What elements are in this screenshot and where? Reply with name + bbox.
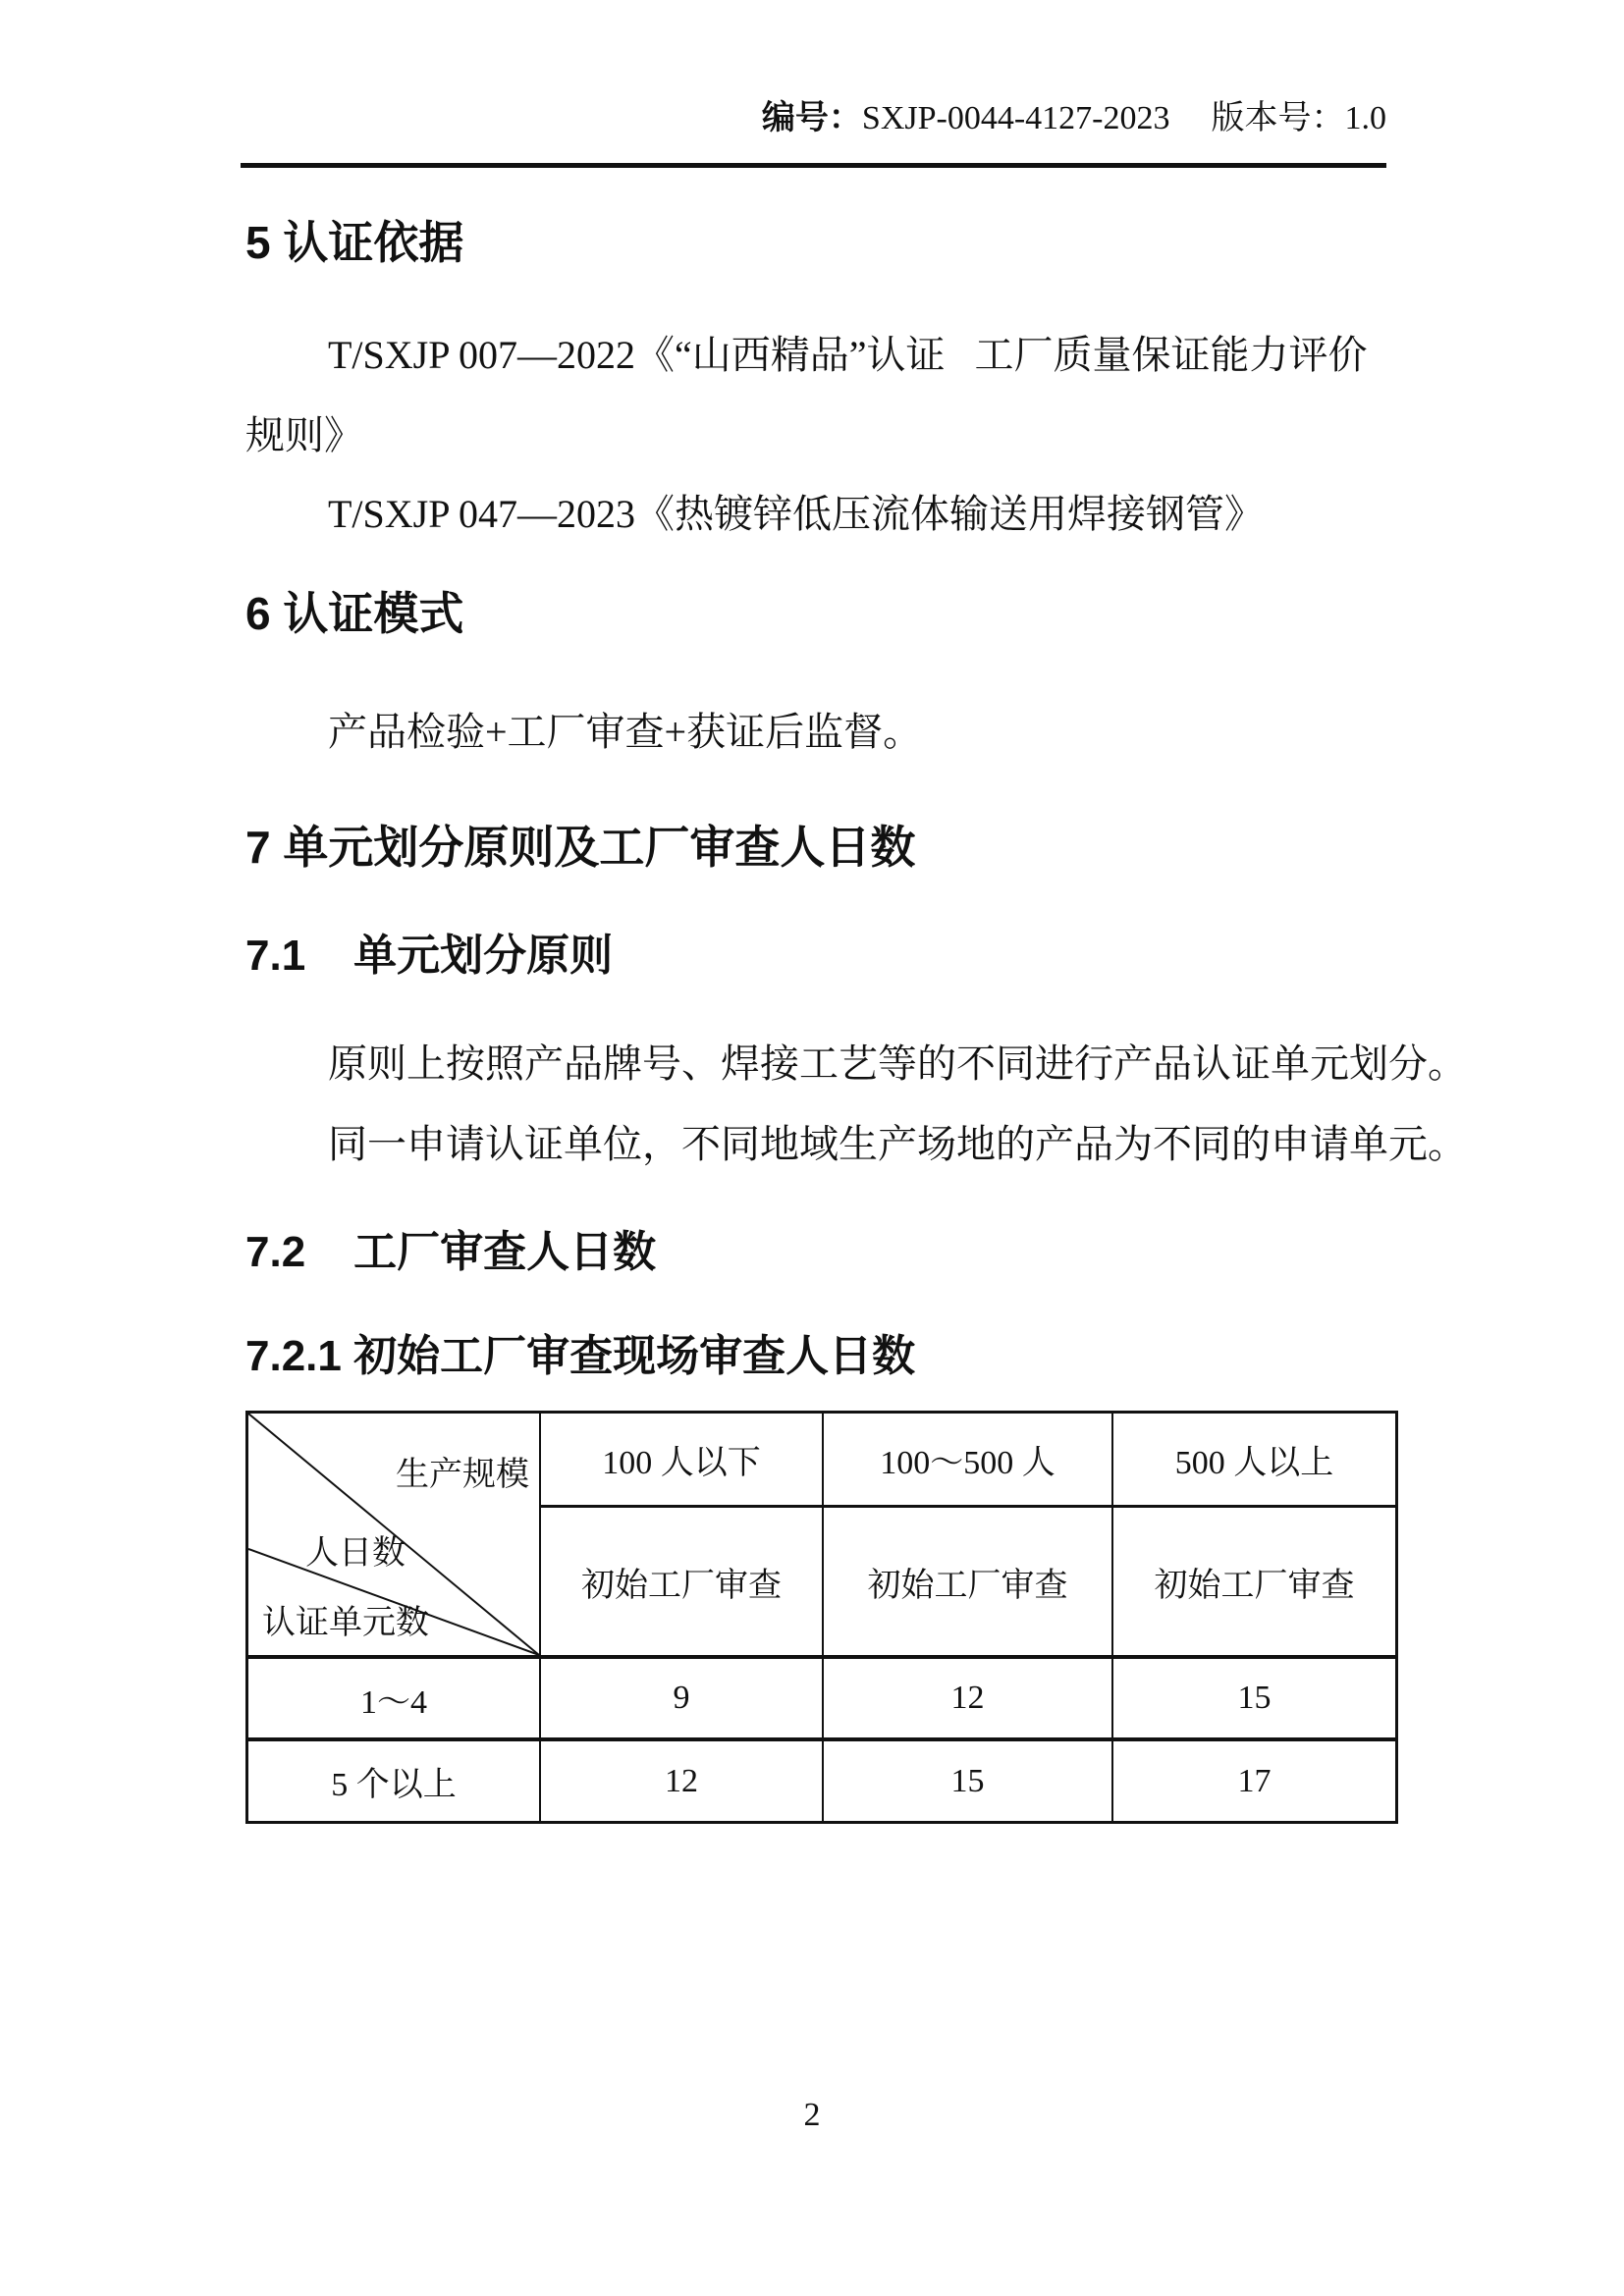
document-header: 编号：SXJP-0044-4127-2023版本号：1.0 — [245, 90, 1386, 138]
column-header-over-500: 500 人以上 — [1111, 1414, 1395, 1505]
section-6-body: 产品检验+工厂审查+获证后监督。 — [328, 709, 922, 756]
table-value: 12 — [539, 1737, 822, 1821]
section-7-1-line-1: 原则上按照产品牌号、焊接工艺等的不同进行产品认证单元划分。 — [328, 1041, 1467, 1088]
section-5-line-3: T/SXJP 047—2023《热镀锌低压流体输送用焊接钢管》 — [328, 491, 1264, 538]
corner-label-person-days: 人日数 — [305, 1525, 406, 1574]
section-7-2-1-heading: 7.2.1 初始工厂审查现场审查人日数 — [245, 1333, 915, 1380]
table-value: 15 — [822, 1737, 1111, 1821]
column-header-100-500: 100～500 人 — [822, 1414, 1111, 1505]
corner-label-production-scale: 生产规模 — [396, 1447, 529, 1495]
section-7-2-heading: 7.2 工厂审查人日数 — [245, 1229, 656, 1276]
header-divider — [241, 163, 1386, 168]
page-number: 2 — [0, 2097, 1624, 2134]
audit-person-days-table: 生产规模 人日数 认证单元数 100 人以下 100～500 人 500 人以上… — [245, 1411, 1398, 1824]
row-label-5-plus: 5 个以上 — [248, 1737, 539, 1821]
section-5-heading: 5 认证依据 — [245, 218, 463, 268]
column-header-under-100: 100 人以下 — [539, 1414, 822, 1505]
table-corner-cell: 生产规模 人日数 认证单元数 — [248, 1414, 539, 1655]
sub-header-initial-audit-3: 初始工厂审查 — [1111, 1505, 1395, 1655]
document-page: 编号：SXJP-0044-4127-2023版本号：1.0 5 认证依据 T/S… — [0, 0, 1624, 2296]
doc-number-label: 编号： — [762, 100, 862, 136]
section-5-line-1: T/SXJP 007—2022《“山西精品”认证 工厂质量保证能力评价 — [328, 332, 1368, 379]
corner-label-cert-unit-count: 认证单元数 — [262, 1595, 429, 1643]
doc-number-value: SXJP-0044-4127-2023 — [862, 100, 1170, 136]
row-label-1-4: 1～4 — [248, 1655, 539, 1737]
table-value: 17 — [1111, 1737, 1395, 1821]
section-5-line-2: 规则》 — [245, 412, 363, 459]
sub-header-initial-audit-1: 初始工厂审查 — [539, 1505, 822, 1655]
version-value: 1.0 — [1345, 100, 1387, 136]
section-7-1-heading: 7.1 单元划分原则 — [245, 933, 613, 980]
section-7-1-line-2: 同一申请认证单位，不同地域生产场地的产品为不同的申请单元。 — [328, 1121, 1467, 1168]
version-label: 版本号： — [1212, 100, 1345, 136]
table-value: 15 — [1111, 1655, 1395, 1737]
table-value: 9 — [539, 1655, 822, 1737]
section-6-heading: 6 认证模式 — [245, 589, 463, 639]
sub-header-initial-audit-2: 初始工厂审查 — [822, 1505, 1111, 1655]
table-value: 12 — [822, 1655, 1111, 1737]
section-7-heading: 7 单元划分原则及工厂审查人日数 — [245, 823, 915, 873]
